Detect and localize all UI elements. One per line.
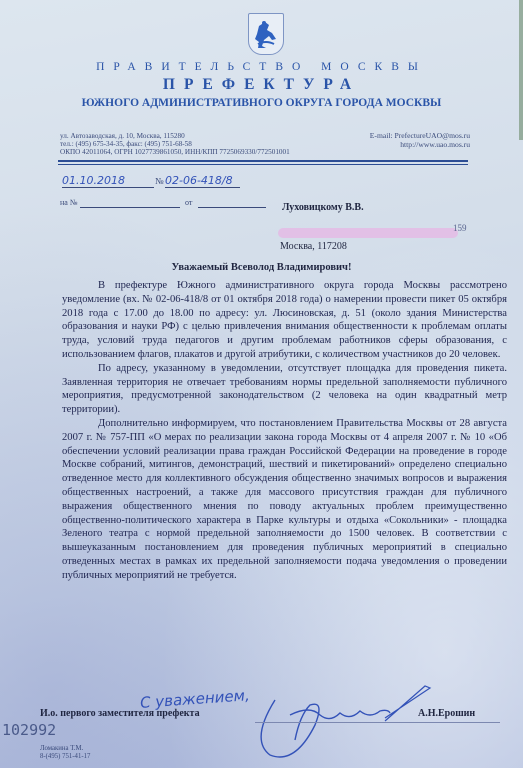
executor-name: Ломакина Т.М. [40,745,90,753]
redaction-mark [278,228,458,238]
reply-date-blank [198,207,266,208]
executor-phone: 8-(495) 751-41-17 [40,753,90,761]
from-label: от [185,198,192,207]
executor-block: Ломакина Т.М. 8-(495) 751-41-17 [40,745,90,761]
okrug-title: ЮЖНОГО АДМИНИСТРАТИВНОГО ОКРУГА ГОРОДА М… [0,97,523,109]
email-text: E-mail: PrefectureUAO@mos.ru [370,131,470,140]
addressee-city: Москва, 117208 [280,241,347,252]
redacted-address-tail: 159 [453,223,467,233]
letterhead-divider-thin [58,164,468,165]
signature-underline [255,722,500,723]
letterhead-divider [58,160,468,162]
signer-title: И.о. первого заместителя префекта [40,708,200,719]
codes-text: ОКПО 42011064, ОГРН 1027739861050, ИНН/К… [60,149,290,157]
body-paragraph: В префектуре Южного административного ок… [62,279,507,362]
prefecture-title: ПРЕФЕКТУРА [0,76,523,94]
website-text: http://www.uao.mos.ru [370,140,470,149]
greeting: Уважаемый Всеволод Владимирович! [0,262,523,273]
addressee-name: Луховицкому В.В. [282,202,364,213]
reply-to-label: на № [60,198,77,207]
reply-number-blank [80,207,180,208]
outgoing-number: 02-06-418/8 [165,174,240,188]
signer-name: А.Н.Ерошин [418,708,475,719]
contact-block: ул. Автозаводская, д. 10, Москва, 115280… [60,133,290,156]
web-contact-block: E-mail: PrefectureUAO@mos.ru http://www.… [370,131,470,149]
body-paragraph: По адресу, указанному в уведомлении, отс… [62,362,507,417]
moscow-coat-of-arms-icon [248,13,284,55]
body-paragraph: Дополнительно информируем, что постановл… [62,417,507,583]
letter-body: В префектуре Южного административного ок… [62,279,507,583]
registration-stamp-number: 102992 [2,721,56,739]
outgoing-date: 01.10.2018 [62,174,154,188]
number-sign: № [155,176,164,186]
government-title: ПРАВИТЕЛЬСТВО МОСКВЫ [0,61,523,73]
